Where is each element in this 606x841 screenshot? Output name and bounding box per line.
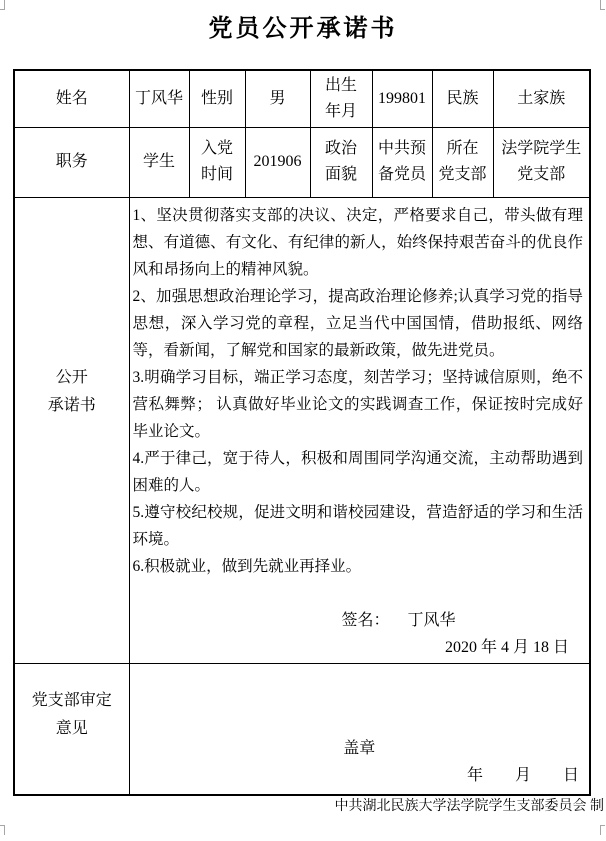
branch-label: 所在 党支部: [432, 127, 493, 197]
commitment-section-label: 公开 承诺书: [14, 197, 129, 663]
review-date-blank: 年 月 日: [130, 762, 590, 789]
page-margin-mark: [0, 825, 5, 835]
birthdate-value: 199801: [372, 70, 432, 127]
signature-label: 签名：: [342, 612, 390, 629]
name-value: 丁风华: [129, 70, 189, 127]
table-row-basic-info-2: 职务 学生 入党 时间 201906 政治 面貌 中共预 备党员 所在 党支部 …: [14, 127, 590, 197]
commitment-form-table: 姓名 丁风华 性别 男 出生 年月 199801 民族 土家族 职务 学生 入党…: [13, 69, 591, 796]
ethnicity-value: 土家族: [493, 70, 590, 127]
position-label: 职务: [14, 127, 129, 197]
gender-label: 性别: [189, 70, 245, 127]
seal-placeholder: 盖章: [130, 735, 590, 762]
commitment-paragraph: 2、加强思想政治理论学习，提高政治理论修养;认真学习党的指导思想，深入学习党的章…: [133, 283, 584, 364]
commitment-paragraph: 1、坚决贯彻落实支部的决议、决定，严格要求自己，带头做有理想、有道德、有文化、有…: [133, 202, 584, 283]
branch-value: 法学院学生 党支部: [493, 127, 590, 197]
page-margin-mark: [600, 0, 605, 10]
table-row-commitment: 公开 承诺书 1、坚决贯彻落实支部的决议、决定，严格要求自己，带头做有理想、有道…: [14, 197, 590, 663]
table-row-basic-info-1: 姓名 丁风华 性别 男 出生 年月 199801 民族 土家族: [14, 70, 590, 127]
signature-name: 丁风华: [408, 612, 456, 629]
page-margin-mark: [600, 825, 605, 835]
gender-value: 男: [245, 70, 310, 127]
birthdate-label: 出生 年月: [310, 70, 372, 127]
join-date-label: 入党 时间: [189, 127, 245, 197]
ethnicity-label: 民族: [432, 70, 493, 127]
document-title: 党员公开承诺书: [0, 11, 606, 47]
commitment-paragraph-list: 1、坚决贯彻落实支部的决议、决定，严格要求自己，带头做有理想、有道德、有文化、有…: [133, 202, 584, 580]
commitment-content-cell: 1、坚决贯彻落实支部的决议、决定，严格要求自己，带头做有理想、有道德、有文化、有…: [129, 197, 590, 663]
commitment-paragraph: 4.严于律己，宽于待人，积极和周围同学沟通交流，主动帮助遇到困难的人。: [133, 445, 584, 499]
commitment-paragraph: 5.遵守校纪校规，促进文明和谐校园建设，营造舒适的学习和生活环境。: [133, 499, 584, 553]
review-section-label: 党支部审定 意见: [14, 663, 129, 795]
review-content-cell: 盖章 年 月 日: [129, 663, 590, 795]
commitment-paragraph: 3.明确学习目标，端正学习态度，刻苦学习；坚持诚信原则，绝不营私舞弊； 认真做好…: [133, 364, 584, 445]
page-margin-mark: [0, 0, 5, 10]
signature-line: 签名：丁风华: [133, 607, 584, 634]
position-value: 学生: [129, 127, 189, 197]
name-label: 姓名: [14, 70, 129, 127]
issuing-committee-footer: 中共湖北民族大学法学院学生支部委员会 制: [0, 798, 604, 815]
join-date-value: 201906: [245, 127, 310, 197]
table-row-branch-review: 党支部审定 意见 盖章 年 月 日: [14, 663, 590, 795]
commitment-paragraph: 6.积极就业，做到先就业再择业。: [133, 553, 584, 580]
signature-date: 2020 年 4 月 18 日: [133, 634, 584, 661]
political-status-label: 政治 面貌: [310, 127, 372, 197]
political-status-value: 中共预 备党员: [372, 127, 432, 197]
